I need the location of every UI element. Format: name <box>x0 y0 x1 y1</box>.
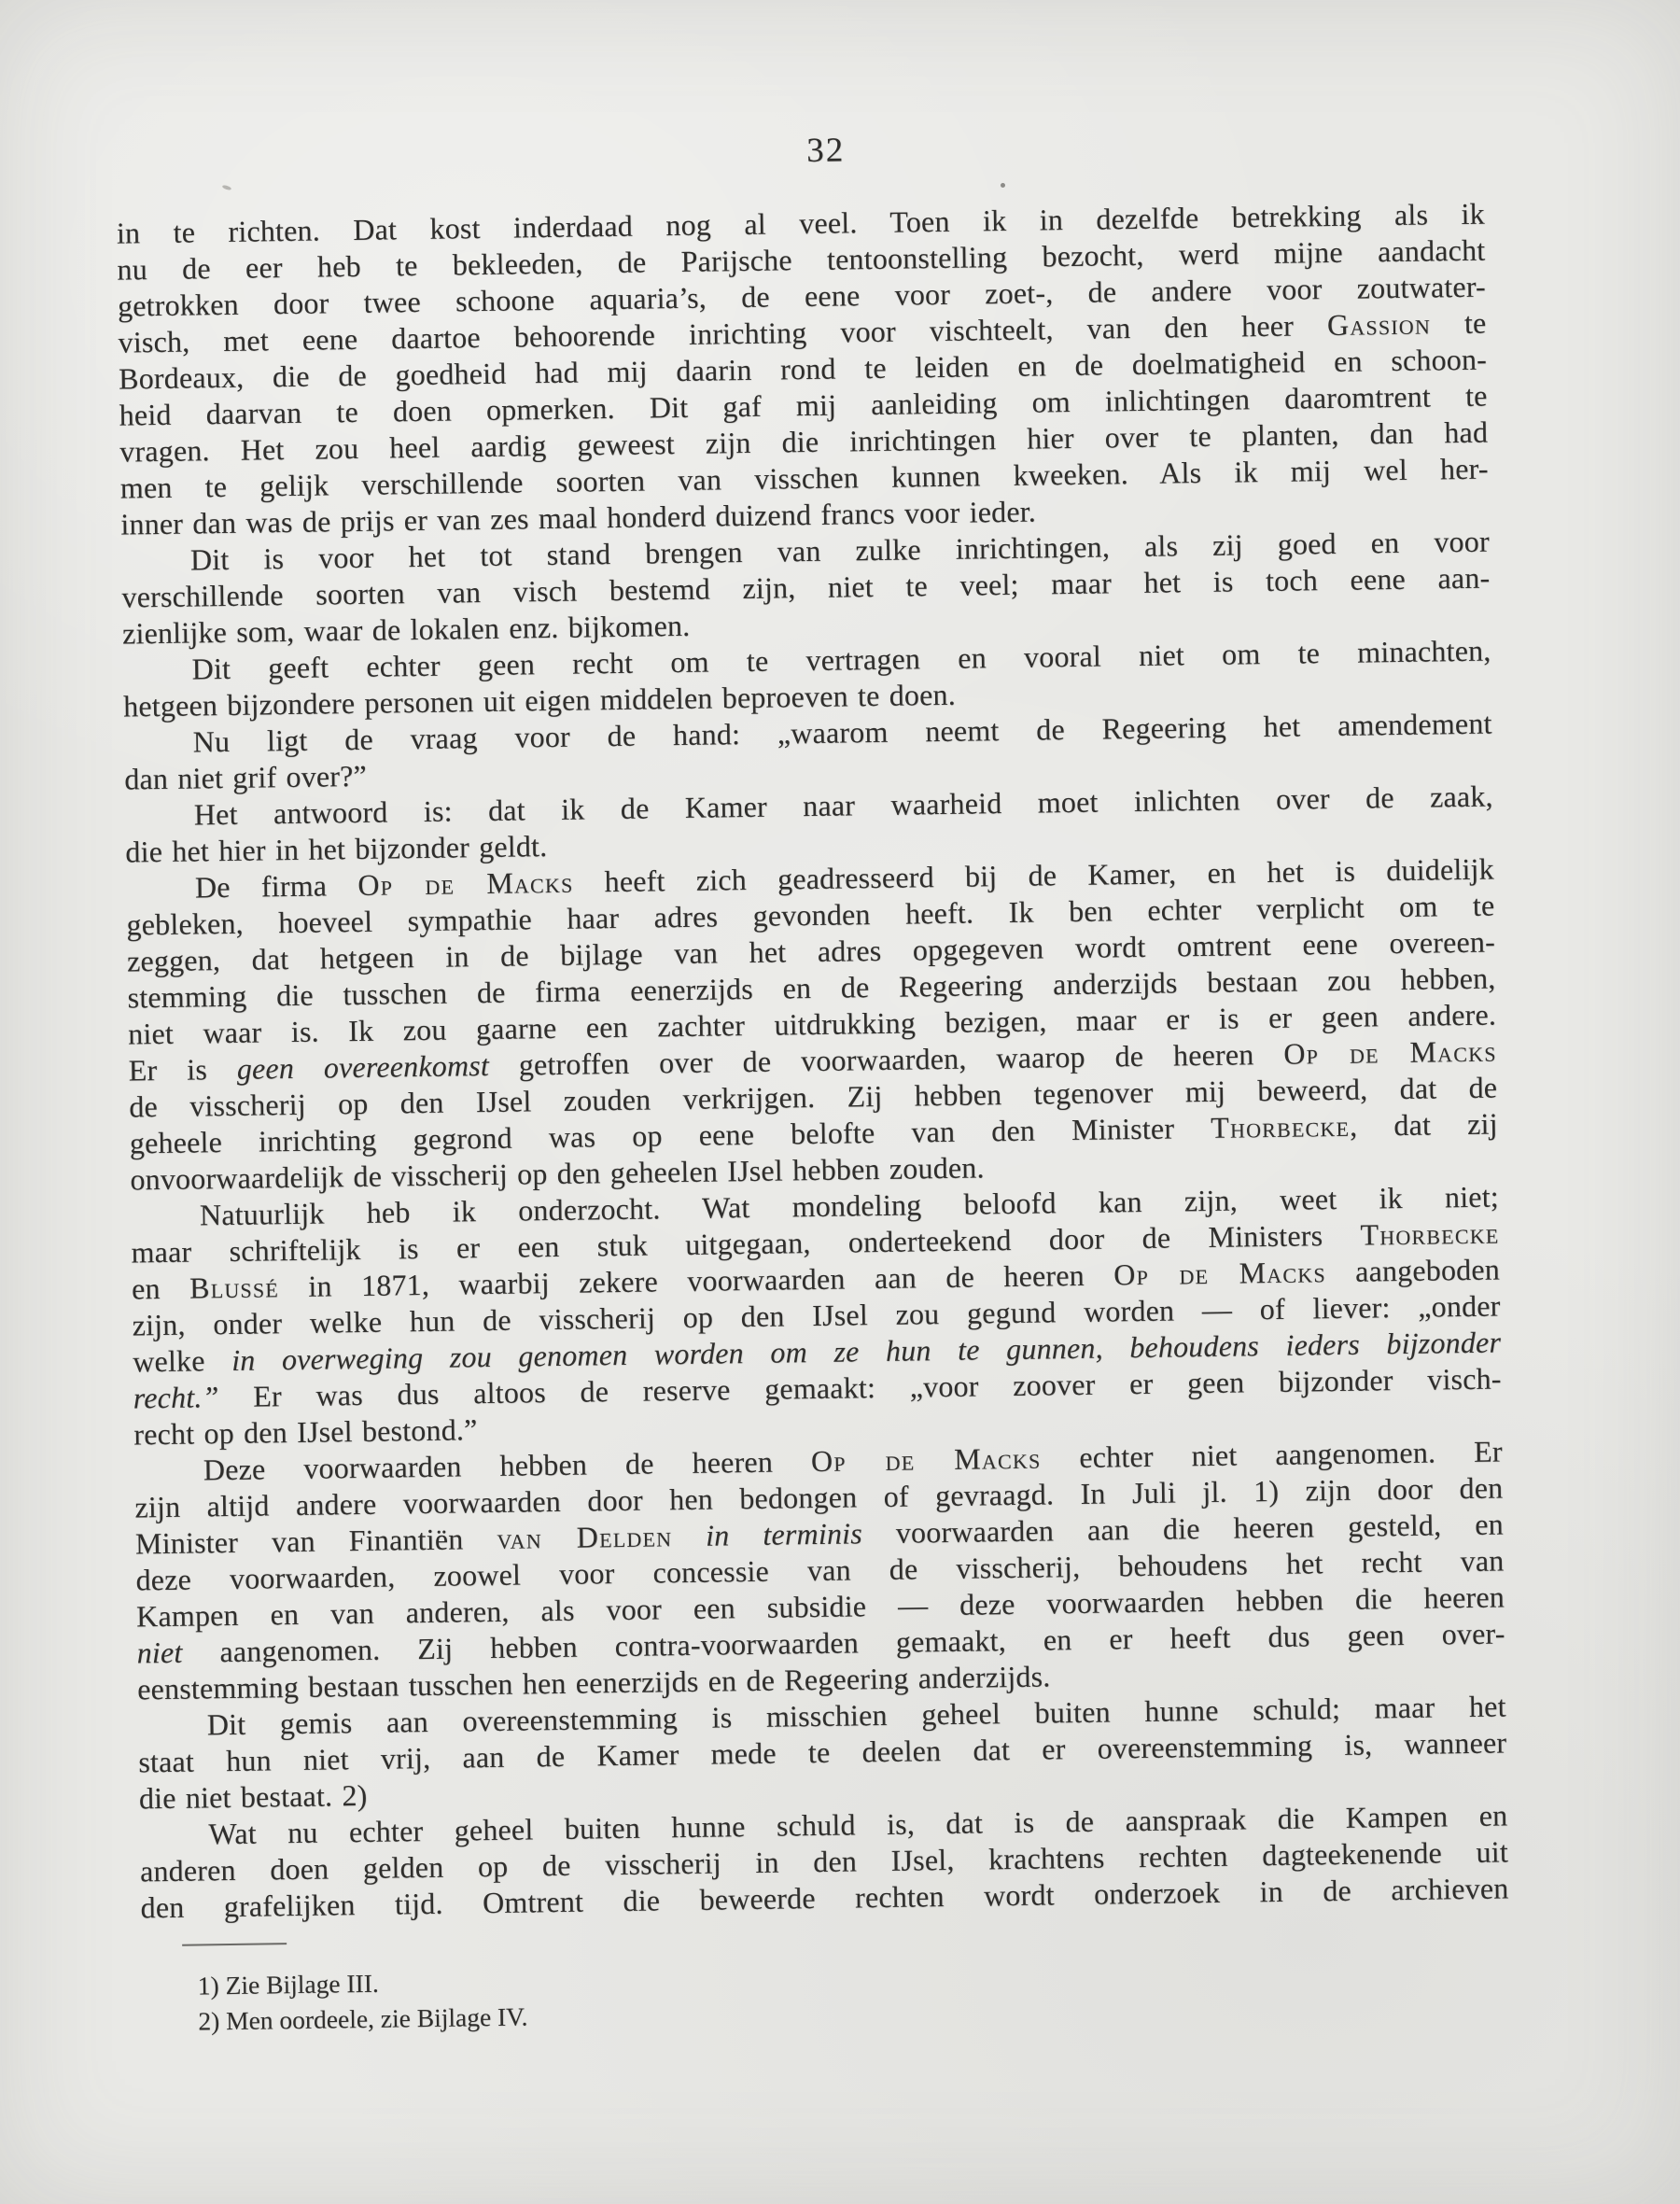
text-segment: aangeboden <box>1325 1252 1500 1288</box>
paragraph: Wat nu echter geheel buiten hunne schuld… <box>139 1797 1509 1926</box>
text-segment: recht op den IJsel bestond.” <box>133 1412 478 1451</box>
paragraph: Dit gemis aan overeenstemming is misschi… <box>138 1688 1508 1817</box>
text-segment <box>672 1519 706 1553</box>
paragraph: Natuurlijk heb ik onderzocht. Wat mondel… <box>131 1178 1503 1453</box>
paragraph: Deze voorwaarden hebben de heeren Op de … <box>134 1433 1506 1707</box>
paragraph: in te richten. Dat kost inderdaad nog al… <box>117 196 1490 543</box>
footnote-separator <box>182 1943 287 1946</box>
paragraph: De firma Op de Macks heeft zich geadress… <box>126 851 1499 1199</box>
text-segment: Thorbecke <box>1211 1109 1350 1144</box>
text-segment: die niet bestaat. 2) <box>139 1778 368 1815</box>
text-segment: Gassion <box>1327 306 1431 342</box>
text-segment: geen overeenkomst <box>237 1048 490 1086</box>
text-segment: echter niet aangenomen. Er <box>1041 1434 1503 1474</box>
text-segment: niet <box>136 1635 182 1670</box>
text-segment: van Delden <box>497 1519 672 1555</box>
text-segment: zienlijke som, waar de lokalen enz. bijk… <box>122 609 691 651</box>
text-segment: recht.” <box>133 1380 254 1415</box>
scanned-book-page: { "page": { "number": "32", "colors": { … <box>0 0 1680 2204</box>
text-block: in te richten. Dat kost inderdaad nog al… <box>117 196 1509 1927</box>
text-segment: Op de Macks <box>1113 1255 1326 1291</box>
text-segment: te <box>1431 306 1487 341</box>
text-segment: dan niet grif over?” <box>124 759 367 796</box>
text-segment: Op de Macks <box>1283 1034 1497 1071</box>
text-segment: Blussé <box>189 1270 279 1304</box>
text-segment: Er is <box>128 1052 237 1088</box>
text-segment: en <box>132 1271 190 1306</box>
text-segment: , dat zij <box>1350 1107 1498 1143</box>
text-segment: welke <box>133 1343 231 1379</box>
page-number: 32 <box>116 123 1484 180</box>
text-segment: in terminis <box>706 1516 862 1551</box>
footnotes: 1) Zie Bijlage III. 2) Men oordeele, zie… <box>142 1949 1511 2040</box>
text-segment: die het hier in het bijzonder geldt. <box>125 829 547 868</box>
paragraph: Dit is voor het tot stand brengen van zu… <box>121 524 1491 653</box>
text-segment: De firma <box>195 868 358 904</box>
text-segment: Minister van Finantiën <box>135 1522 497 1561</box>
text-segment: Op de Macks <box>357 865 574 902</box>
text-segment: Op de Macks <box>811 1441 1042 1479</box>
text-segment: Thorbecke <box>1360 1215 1499 1251</box>
page-sheet: 32 in te richten. Dat kost inderdaad nog… <box>116 123 1511 2041</box>
